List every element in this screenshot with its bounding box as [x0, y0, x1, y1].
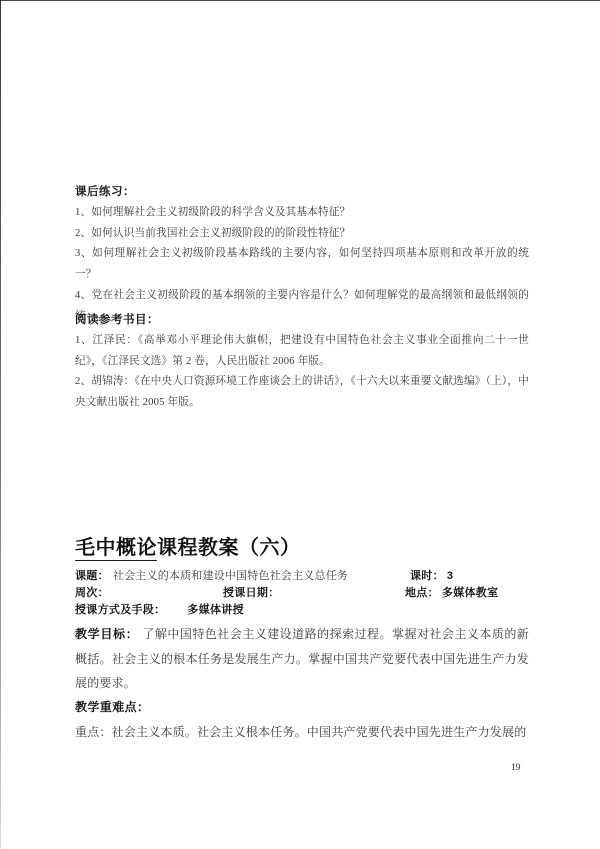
date-label: 授课日期： — [223, 585, 280, 602]
location-label: 地点： — [405, 587, 439, 599]
topic-value: 社会主义的本质和建设中国特色社会主义总任务 — [113, 570, 348, 582]
hours-field: 课时：3 — [410, 568, 453, 585]
topic-label: 课题： — [75, 570, 109, 582]
scan-edge-top — [0, 0, 600, 1]
key-points-heading: 教学重难点： — [75, 695, 529, 719]
hours-label: 课时： — [410, 570, 444, 582]
info-row-topic: 课题：社会主义的本质和建设中国特色社会主义总任务 课时：3 — [75, 568, 529, 585]
hours-value: 3 — [447, 570, 453, 582]
location-field: 地点：多媒体教室 — [405, 585, 498, 602]
homework-item: 3、如何理解社会主义初级阶段基本路线的主要内容，如何坚持四项基本原则和改革开放的… — [75, 244, 529, 285]
reading-list-section: 阅读参考书目： 1、江泽民：《高举邓小平理论伟大旗帜，把建设有中国特色社会主义事… — [75, 309, 529, 414]
objectives-label: 教学目标： — [75, 627, 142, 641]
location-value: 多媒体教室 — [442, 587, 499, 599]
homework-item: 1、如何理解社会主义初级阶段的科学含义及其基本特征？ — [75, 203, 529, 224]
info-row-schedule: 周次： 授课日期： 地点：多媒体教室 — [75, 585, 529, 602]
info-row-method: 授课方式及手段：多媒体讲授 — [75, 602, 529, 619]
key-points-text: 重点：社会主义本质。社会主义根本任务。中国共产党要代表中国先进生产力发展的 — [75, 720, 529, 745]
method-value: 多媒体讲授 — [187, 604, 244, 616]
homework-heading: 课后练习： — [75, 181, 529, 203]
lesson-title-rest: 课程教案（六） — [157, 537, 301, 559]
lesson-plan-title: 毛中概论课程教案（六） — [75, 536, 529, 560]
teaching-objectives: 教学目标：了解中国特色社会主义建设道路的探索过程。掌握对社会主义本质的新概括。社… — [75, 622, 529, 696]
lesson-info-rows: 课题：社会主义的本质和建设中国特色社会主义总任务 课时：3 周次： 授课日期： … — [75, 568, 529, 618]
homework-item: 2、如何认识当前我国社会主义初级阶段的的阶段性特征？ — [75, 224, 529, 245]
reading-list-item: 2、胡锦涛：《在中央人口资源环境工作座谈会上的讲话》，《十六大以来重要文献选编》… — [75, 372, 529, 413]
homework-section: 课后练习： 1、如何理解社会主义初级阶段的科学含义及其基本特征？ 2、如何认识当… — [75, 181, 529, 327]
reading-list-item: 1、江泽民：《高举邓小平理论伟大旗帜，把建设有中国特色社会主义事业全面推向二十一… — [75, 331, 529, 372]
reading-list-heading: 阅读参考书目： — [75, 309, 529, 331]
scan-edge-left — [0, 0, 1, 849]
method-label: 授课方式及手段： — [75, 604, 165, 616]
objectives-text: 了解中国特色社会主义建设道路的探索过程。掌握对社会主义本质的新概括。社会主义的根… — [75, 627, 529, 690]
page-number: 19 — [511, 763, 521, 773]
week-label: 周次： — [75, 587, 109, 599]
lesson-title-underlined-part: 毛中概论 — [75, 537, 157, 561]
document-page: 课后练习： 1、如何理解社会主义初级阶段的科学含义及其基本特征？ 2、如何认识当… — [0, 0, 600, 849]
